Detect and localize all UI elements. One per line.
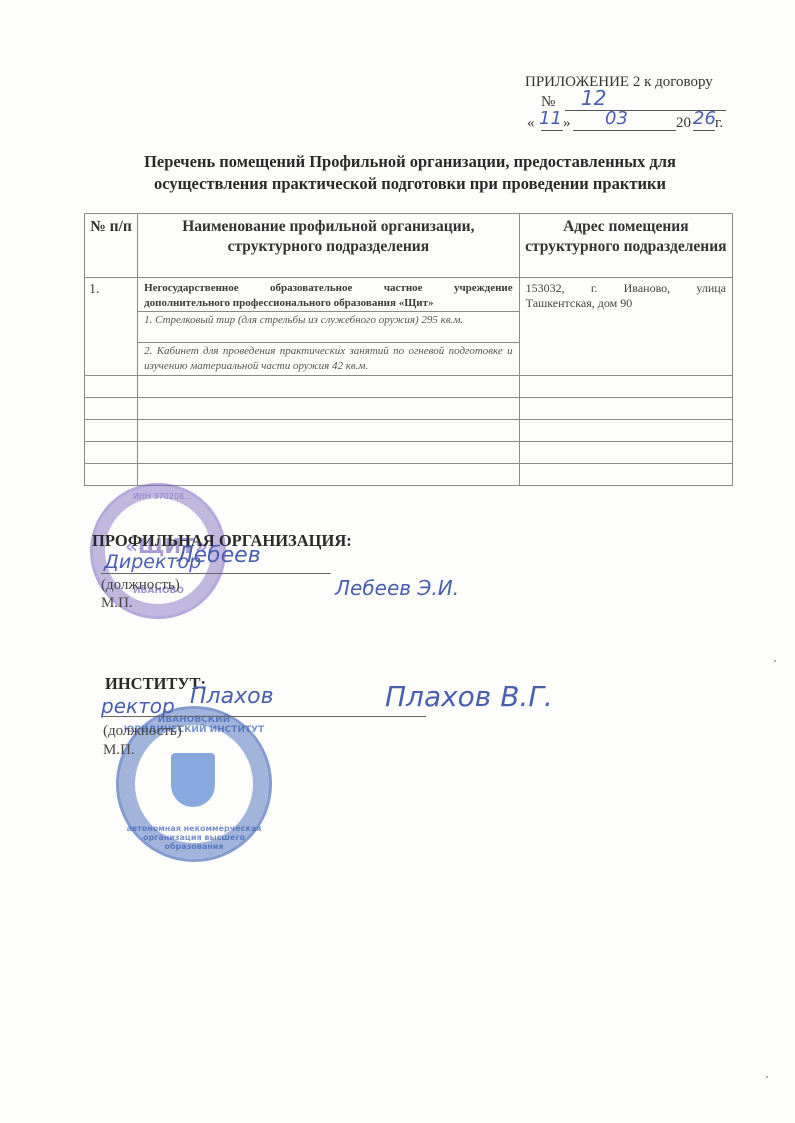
profile-org-signatory-name: Лебеев Э.И.: [335, 576, 459, 600]
profile-org-seal-label: М.П.: [101, 595, 133, 612]
date-close-quote: »: [563, 115, 571, 132]
premises-table: № п/п Наименование профильной организаци…: [84, 213, 733, 486]
contract-number-handwritten: 12: [581, 86, 606, 110]
address-line-1: 153032, г. Иваново, улица: [526, 281, 726, 296]
scan-speck: [774, 660, 776, 662]
month-underline: [573, 130, 676, 131]
row-number: 1.: [85, 278, 138, 376]
header-name: Наименование профильной организации, стр…: [138, 214, 520, 278]
shield-emblem-icon: [171, 753, 215, 807]
table-row-empty: [85, 420, 733, 442]
year-underline: [693, 130, 715, 131]
date-month-handwritten: 03: [605, 108, 628, 129]
date-year-handwritten: 26: [693, 108, 716, 129]
header-number: № п/п: [85, 214, 138, 278]
scan-speck: [766, 1076, 768, 1078]
organization-name: Негосударственное образовательное частно…: [138, 278, 519, 311]
contract-date-field: « 11 » 03 20 26 г.: [527, 112, 727, 132]
address-line-2: Ташкентская, дом 90: [526, 296, 726, 311]
institute-position-handwritten: ректор: [101, 694, 175, 718]
profile-org-position-label: (должность): [101, 577, 180, 594]
table-row-empty: [85, 442, 733, 464]
table-row-empty: [85, 376, 733, 398]
year-suffix: г.: [715, 115, 723, 132]
institute-position-label: (должность): [103, 723, 182, 740]
address-street-prefix: улица: [696, 281, 726, 296]
address-postcode: 153032,: [526, 281, 565, 296]
table-row-empty: [85, 464, 733, 486]
profile-org-signature-line: [101, 573, 331, 574]
stamp-org-type: автономная некоммерческая организация вы…: [119, 824, 269, 851]
institute-signatory-name: Плахов В.Г.: [385, 680, 553, 713]
date-day-handwritten: 11: [539, 108, 562, 129]
stamp-inn-text: ИНН 370208...: [133, 492, 192, 501]
annex-title: ПРИЛОЖЕНИЕ 2 к договору: [525, 74, 713, 91]
premises-item: 2. Кабинет для проведения практических з…: [138, 342, 519, 375]
header-address: Адрес помещения структурного подразделен…: [519, 214, 732, 278]
table-row: 1. Негосударственное образовательное час…: [85, 278, 733, 376]
table-header-row: № п/п Наименование профильной организаци…: [85, 214, 733, 278]
document-title: Перечень помещений Профильной организаци…: [90, 151, 730, 195]
date-open-quote: «: [527, 115, 535, 132]
institute-signature: Плахов: [190, 684, 274, 709]
profile-org-signature: Лебеев: [177, 543, 261, 568]
premises-item: 1. Стрелковый тир (для стрельбы из служе…: [138, 311, 519, 342]
name-cell: Негосударственное образовательное частно…: [138, 278, 520, 376]
year-prefix: 20: [676, 115, 691, 132]
table-row-empty: [85, 398, 733, 420]
day-underline: [541, 130, 563, 131]
address-city-prefix: г.: [591, 281, 598, 296]
address-city: Иваново,: [624, 281, 671, 296]
address-cell: 153032, г. Иваново, улица Ташкентская, д…: [519, 278, 732, 376]
institute-seal-label: М.П.: [103, 742, 135, 759]
